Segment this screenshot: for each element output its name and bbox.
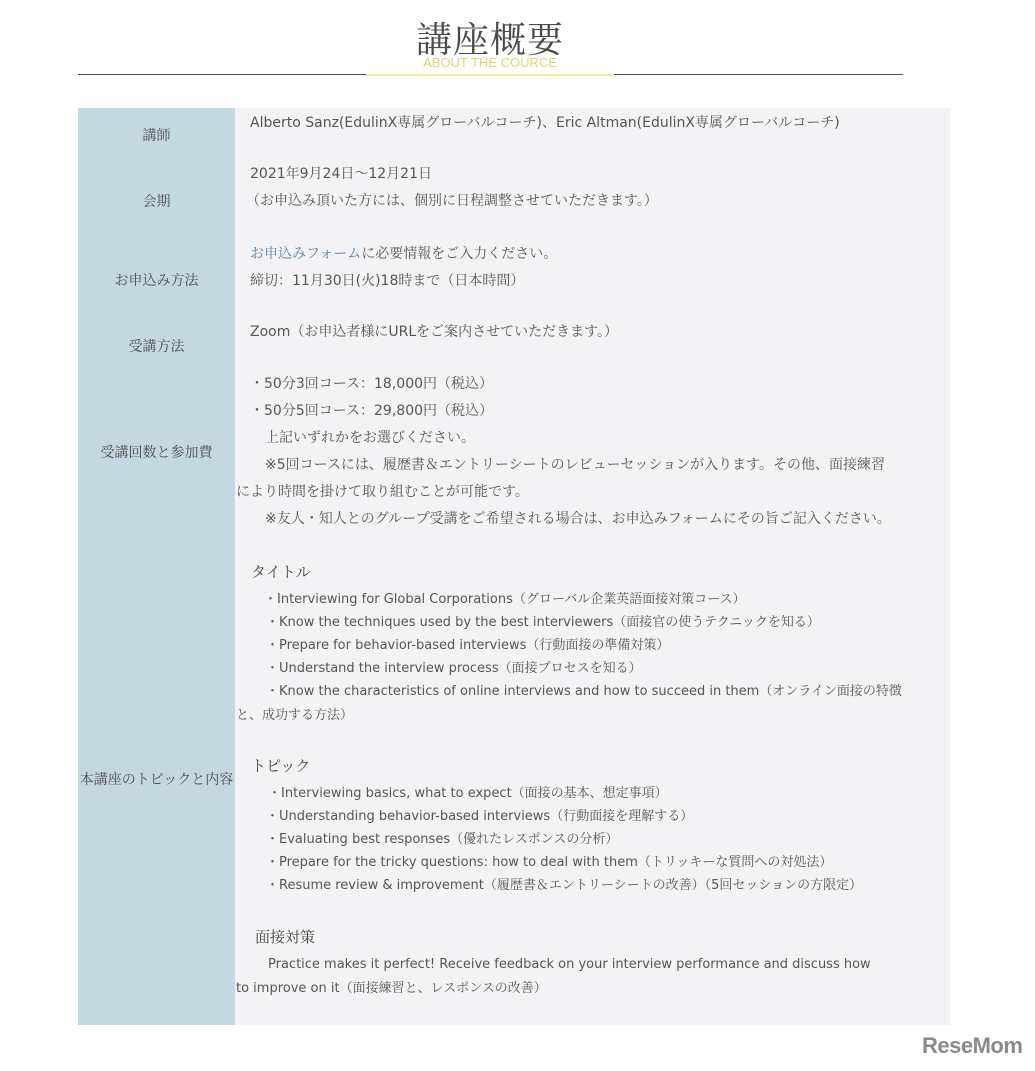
application-deadline: 締切：11月30日(火)18時まで（日本時間） [250,268,940,295]
method-text: Zoom（お申込者様にURLをご案内させていただきます。） [250,319,940,346]
interview-prep-text: Practice makes it perfect! Receive feedb… [268,953,871,976]
fee-course-5: ・50分5回コース：29,800円（税込） [250,398,493,425]
title-item-5-cont: と、成功する方法） [236,704,353,727]
instructor-names: Alberto Sanz(EdulinX専属グローバルコーチ)、Eric Alt… [250,110,940,137]
title-item-4: ・Understand the interview process（面接プロセス… [266,657,642,680]
section-header: 講座概要 ABOUT THE COURCE [0,0,1035,80]
section-title-interview-prep: 面接対策 [255,924,315,951]
header-rule-left [78,74,366,75]
label-period: 会期 [78,190,235,214]
title-item-3: ・Prepare for behavior-based interviews（行… [266,634,669,657]
label-column [78,108,235,1025]
value-application: お申込みフォームに必要情報をご入力ください。 締切：11月30日(火)18時まで… [250,241,940,295]
period-dates: 2021年9月24日～12月21日 [250,161,940,188]
application-form-link[interactable]: お申込みフォーム [250,246,361,262]
application-instruction: に必要情報をご入力ください。 [361,246,557,262]
fee-note-5-course: ※5回コースには、履歴書＆エントリーシートのレビューセッションが入ります。その他… [265,452,885,479]
topic-item-1: ・Interviewing basics, what to expect（面接の… [268,782,668,805]
title-item-1: ・Interviewing for Global Corporations（グロ… [264,588,746,611]
course-overview-table: 講師 Alberto Sanz(EdulinX専属グローバルコーチ)、Eric … [78,108,950,1025]
header-rule-right [614,74,903,75]
topic-item-4: ・Prepare for the tricky questions: how t… [266,851,832,874]
topic-item-3: ・Evaluating best responses（優れたレスポンスの分析） [266,828,618,851]
label-method: 受講方法 [78,335,235,359]
section-title-titles: タイトル [251,559,311,586]
page-subtitle: ABOUT THE COURCE [0,55,980,70]
resemom-watermark-logo: ReseMom [922,1033,1022,1059]
application-line-1: お申込みフォームに必要情報をご入力ください。 [250,241,940,268]
value-period: 2021年9月24日～12月21日 （お申込み頂いた方には、個別に日程調整させて… [250,161,940,215]
fee-note-5-course-cont: により時間を掛けて取り組むことが可能です。 [236,479,529,506]
topic-item-5: ・Resume review & improvement（履歴書＆エントリーシー… [266,874,862,897]
label-instructor: 講師 [78,124,235,148]
interview-prep-text-cont: to improve on it（面接練習と、レスポンスの改善） [236,977,547,1000]
topic-item-2: ・Understanding behavior-based interviews… [266,805,693,828]
fee-course-3: ・50分3回コース：18,000円（税込） [250,371,493,398]
fee-note-group: ※友人・知人とのグループ受講をご希望される場合は、お申込みフォームにその旨ご記入… [265,506,891,533]
period-note: （お申込み頂いた方には、個別に日程調整させていただきます。） [246,188,940,215]
title-item-2: ・Know the techniques used by the best in… [266,611,820,634]
fee-choose-note: 上記いずれかをお選びください。 [265,425,475,452]
value-instructor: Alberto Sanz(EdulinX専属グローバルコーチ)、Eric Alt… [250,110,940,137]
title-item-5: ・Know the characteristics of online inte… [266,680,902,703]
header-rule-accent [366,74,614,76]
label-application: お申込み方法 [78,269,235,293]
label-fees: 受講回数と参加費 [78,441,235,465]
label-topics: 本講座のトピックと内容 [78,768,235,792]
section-title-topics: トピック [251,753,310,780]
value-method: Zoom（お申込者様にURLをご案内させていただきます。） [250,319,940,346]
